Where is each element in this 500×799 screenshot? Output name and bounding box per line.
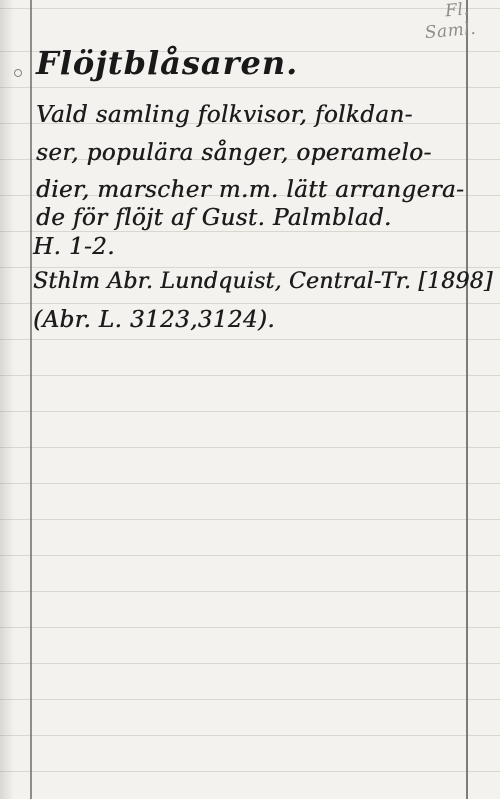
card-imprint-line: Sthlm Abr. Lundquist, Central-Tr. [1898]: [33, 267, 493, 297]
pencil-shelfmark: Fl. Saml.: [422, 0, 477, 43]
left-margin-line: [30, 0, 32, 799]
catalog-card: Fl. Saml. Flöjtblåsaren. Vald samling fo…: [0, 0, 500, 799]
card-title: Flöjtblåsaren.: [36, 44, 298, 82]
scan-edge-shadow: [0, 0, 14, 799]
card-plate-number-line: (Abr. L. 3123,3124).: [33, 305, 275, 335]
hole-mark: [14, 69, 22, 77]
card-volume-line: H. 1-2.: [33, 232, 115, 262]
pencil-shelfmark-line2: Saml.: [424, 19, 477, 43]
card-body-line-3: dier, marscher m.m. lätt arrangera-: [36, 175, 464, 205]
right-margin-line: [466, 0, 468, 799]
card-body-line-2: ser, populära sånger, operamelo-: [36, 138, 432, 168]
card-body-line-4: de för flöjt af Gust. Palmblad.: [36, 203, 392, 233]
card-body-line-1: Vald samling folkvisor, folkdan-: [36, 100, 413, 130]
